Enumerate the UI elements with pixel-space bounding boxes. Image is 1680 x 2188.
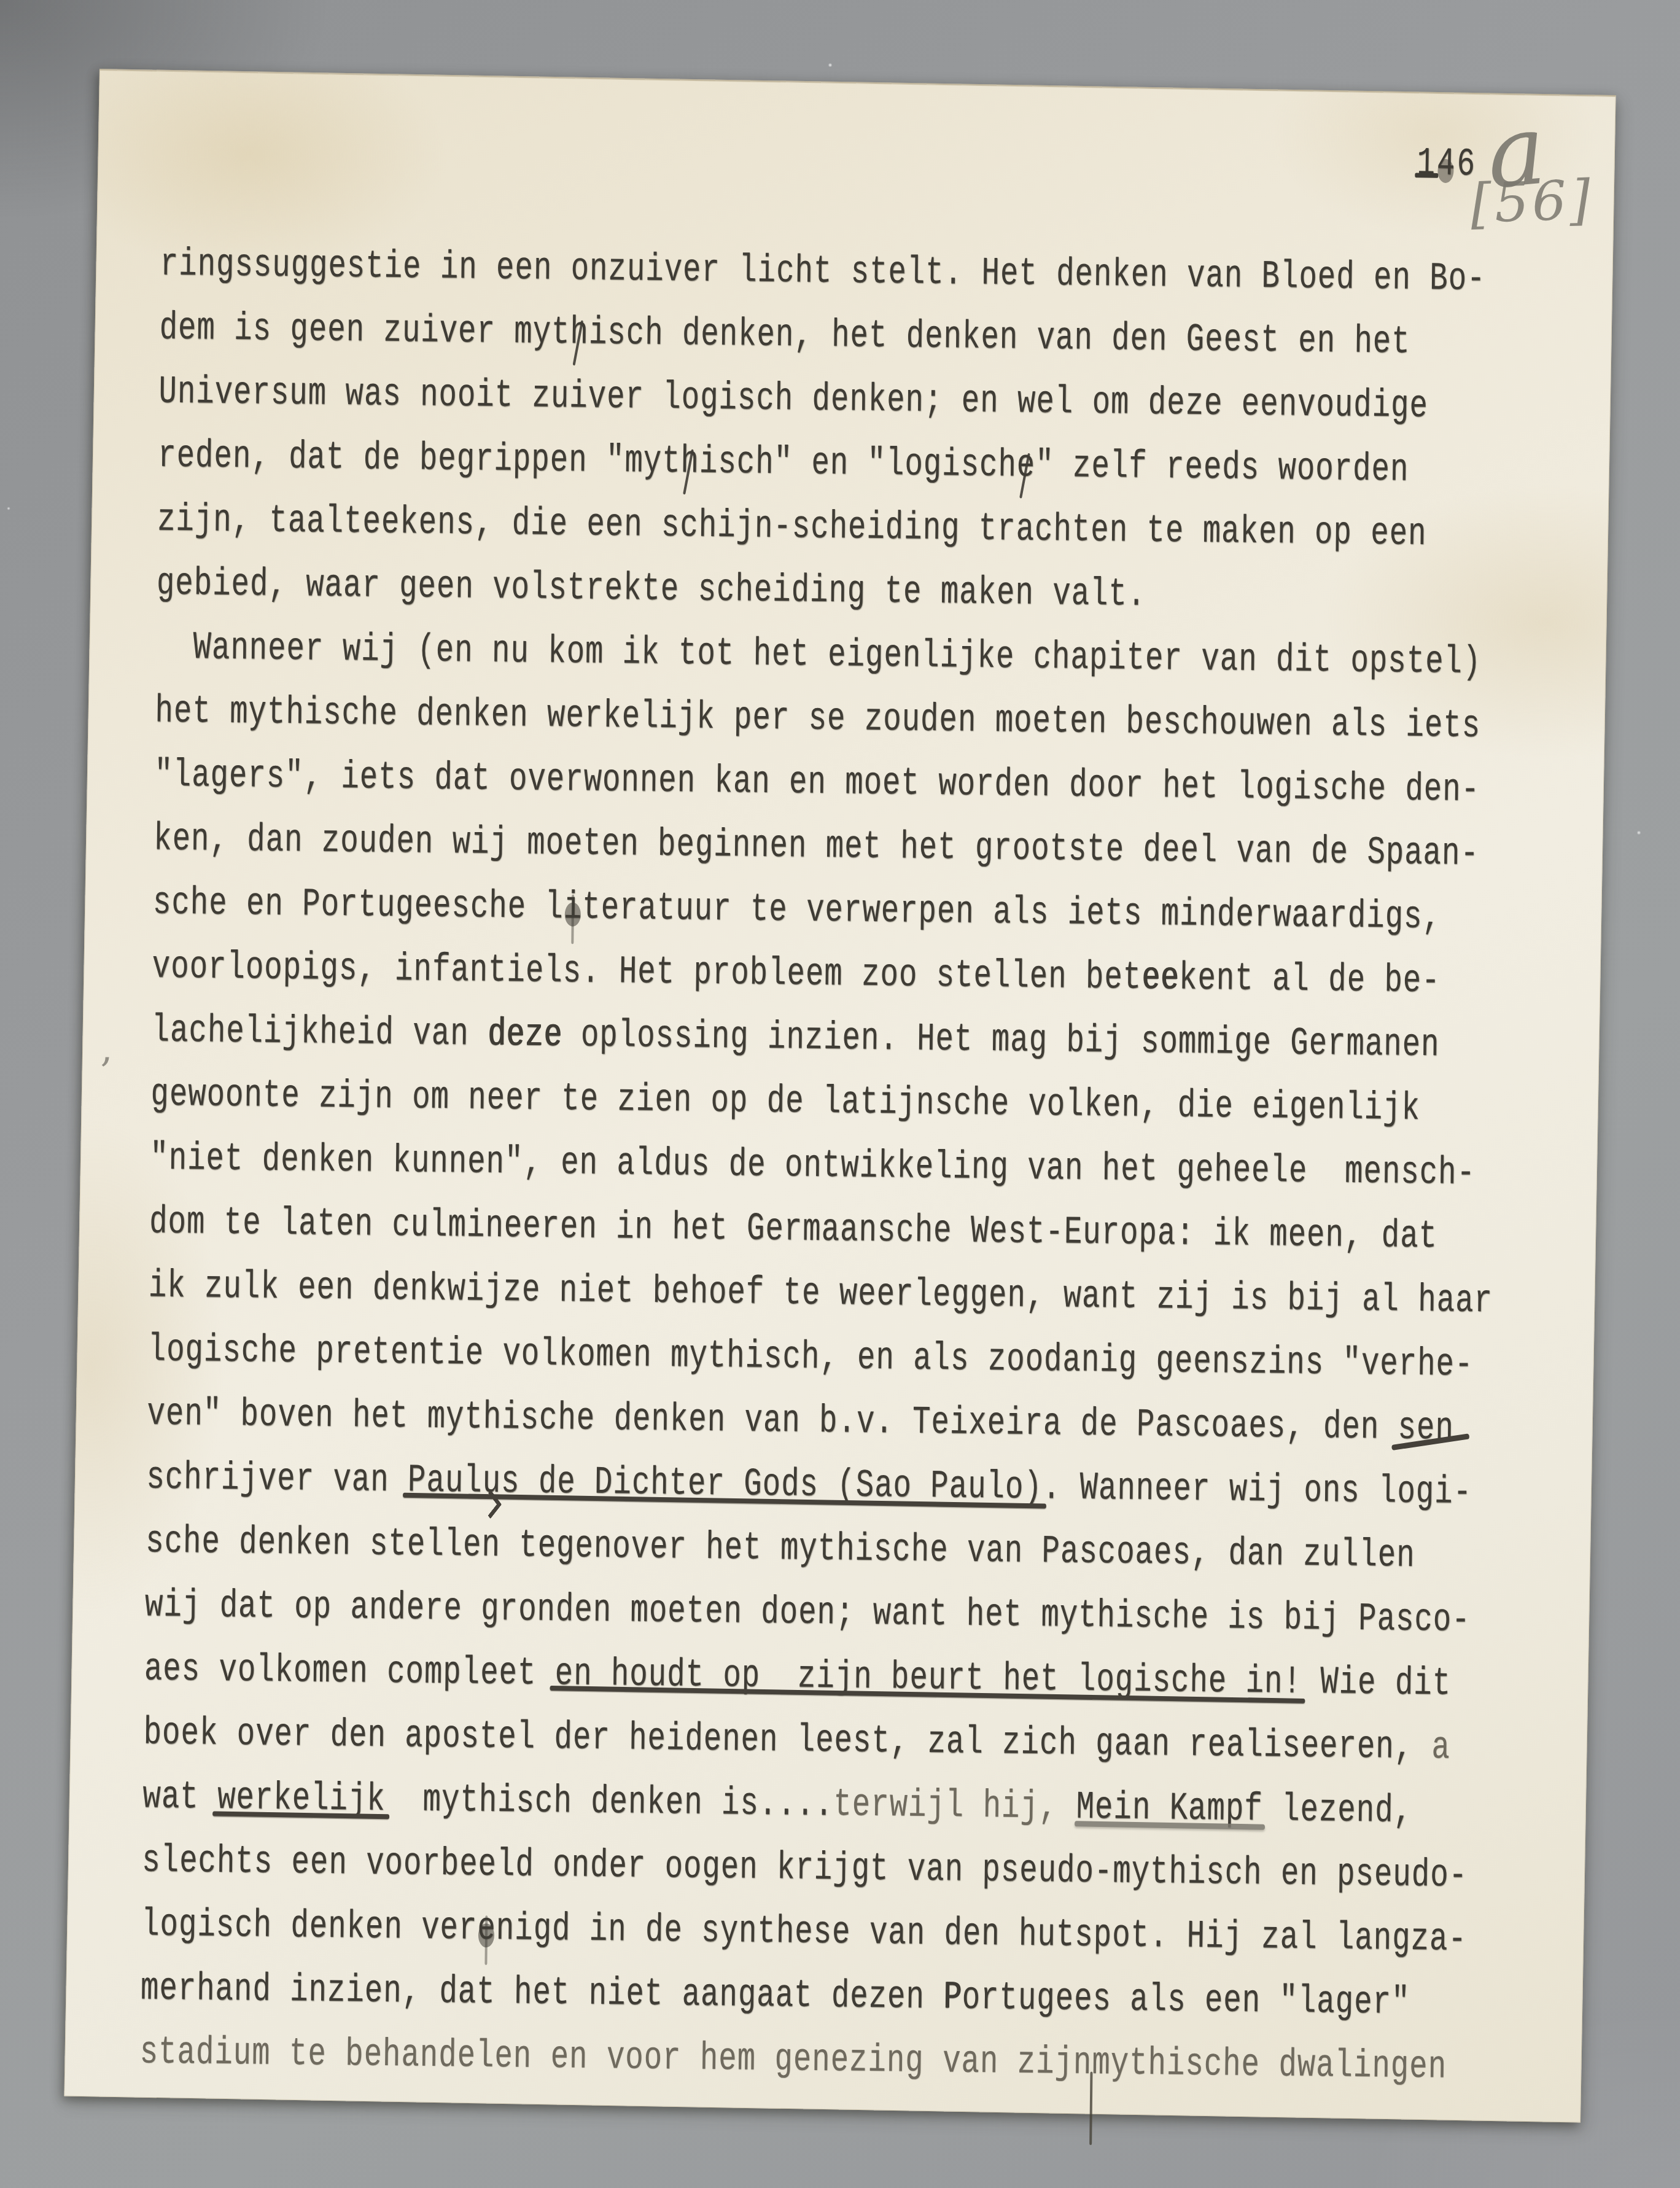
typed-segment: wat xyxy=(142,1774,217,1820)
typed-segment: gewoonte zijn om neer te zien op de lati… xyxy=(150,1072,1420,1131)
typed-segment-ovr: 4 xyxy=(1436,141,1457,186)
typed-page-number: 146 xyxy=(1417,141,1477,186)
typed-segment: ven" boven het mythische denken van b.v.… xyxy=(147,1391,1398,1450)
margin-pencil-mark: , xyxy=(101,1026,114,1070)
typed-segment-slashed: h xyxy=(570,310,589,355)
typed-segment: gebied, waar geen volstrekte scheiding t… xyxy=(156,561,1146,617)
typed-segment: Wie dit xyxy=(1301,1660,1451,1707)
typed-segment: voorloopigs, infantiels. Het probleem zo… xyxy=(152,944,1141,1000)
typed-segment: reden, dat de begrippen "myt xyxy=(158,433,681,483)
typed-segment: merhand inzien, dat het niet aangaat dez… xyxy=(141,1966,944,2020)
typed-segment: Universum was nooit zuiver logisch denke… xyxy=(158,369,1428,428)
typed-segment: isch denken, het denken van den Geest en… xyxy=(588,310,1410,364)
typed-segment-faint: behandelen en voor hem genezing xyxy=(345,2032,924,2083)
typed-segment-u-pen: werkelijk xyxy=(217,1775,386,1822)
typed-segment: boek over den apostel der heidenen leest… xyxy=(143,1710,1413,1769)
typed-segment: " zelf reeds woorden xyxy=(1035,443,1409,492)
typed-segment: ik zulk een denkwijze niet behoef te wee… xyxy=(148,1263,1493,1323)
typed-segment: slechts een voorbeeld onder oogen krijgt… xyxy=(142,1838,1468,1898)
typed-segment: ken, dan zouden wij moeten beginnen met … xyxy=(154,816,1479,876)
typed-segment-faint: mythische dwalingen xyxy=(1092,2041,1447,2089)
typed-segment: isch" en "logisch xyxy=(699,439,1017,488)
photo-of-typewritten-page: { "colors":{ "bg":"#97999b", "paper":"#e… xyxy=(0,0,1680,2188)
typed-segment: dom te laten culmineeren in het Germaans… xyxy=(149,1199,1438,1259)
typed-segment: Wanneer wij (en nu kom ik tot het eigenl… xyxy=(155,625,1481,684)
typed-segment: lezend, xyxy=(1262,1787,1412,1834)
typed-segment-dbl: P xyxy=(943,1975,962,2020)
typed-segment: logisch denken ver xyxy=(141,1902,478,1950)
typed-segment-slashed: e xyxy=(1016,443,1035,488)
typed-text-block: ringssuggestie in een onzuiver licht ste… xyxy=(139,232,1504,2100)
typed-segment-u-pen-arrow: Paulus de Dichter Gods (Sao Paulo) xyxy=(408,1458,1043,1510)
typed-segment: kent al de be- xyxy=(1179,956,1441,1003)
typed-segment: ringssuggestie in een onzuiver licht ste… xyxy=(160,241,1485,301)
typed-segment-faint: van zijn xyxy=(924,2039,1092,2085)
typed-segment: aes volkomen compleet xyxy=(144,1646,555,1696)
typed-segment: sche en Portugeesche l xyxy=(153,880,564,929)
typed-segment: "lagers", iets dat overwonnen kan en moe… xyxy=(154,752,1480,812)
typed-segment-faint: terwijl hij, xyxy=(833,1782,1076,1829)
typed-segment: teratuur te verwerpen als iets minderwaa… xyxy=(582,885,1441,940)
typed-segment-blot: i xyxy=(563,885,582,930)
typed-segment-u-pencil: Mein Kampf xyxy=(1076,1785,1263,1831)
typed-segment: wij dat op andere gronden moeten doen; w… xyxy=(145,1583,1471,1642)
typed-segment-faint: stadium te xyxy=(139,2030,345,2077)
typed-segment-u-pen: en houdt op zijn beurt het logische in! xyxy=(554,1651,1302,1705)
typed-segment: lachelijkheid van xyxy=(151,1008,488,1056)
typed-segment: . Wanneer wij ons logi- xyxy=(1042,1465,1472,1515)
typed-segment-strike-pen: sen xyxy=(1398,1405,1454,1450)
typed-segment-strike-type: 1 xyxy=(1417,141,1437,185)
typed-segment: sche denken stellen tegenover het mythis… xyxy=(146,1519,1415,1578)
typed-segment: het mythische denken werkelijk per se zo… xyxy=(155,688,1480,748)
typed-segment: mythisch denken is.... xyxy=(385,1777,833,1827)
typed-segment: schrijver van xyxy=(146,1455,408,1503)
typed-segment: logische pretentie volkomen mythisch, en… xyxy=(147,1327,1473,1387)
typed-segment: dem is geen zuiver myt xyxy=(159,305,570,354)
typed-segment-blot: e xyxy=(477,1906,496,1950)
typed-segment: nigd in de synthese van den hutspot. Hij… xyxy=(496,1906,1467,1962)
typed-segment-dbl: deze xyxy=(487,1012,562,1057)
typed-segment-slashed: h xyxy=(680,439,699,484)
typed-segment-dbl: ee xyxy=(1141,956,1180,1000)
typed-segment: "niet denken kunnen", en aldus de ontwik… xyxy=(150,1135,1476,1195)
manuscript-page: 146 a [56] , ringssuggestie in een onzui… xyxy=(64,69,1616,2123)
typed-segment: zijn, taalteekens, die een schijn-scheid… xyxy=(157,497,1427,556)
handwritten-archive-number: [56] xyxy=(1469,170,1595,234)
typed-segment: oplossing inzien. Het mag bij sommige Ge… xyxy=(562,1013,1440,1067)
typed-segment-faint: a xyxy=(1413,1725,1451,1770)
typed-segment: ortugees als een "lager" xyxy=(962,1975,1410,2025)
